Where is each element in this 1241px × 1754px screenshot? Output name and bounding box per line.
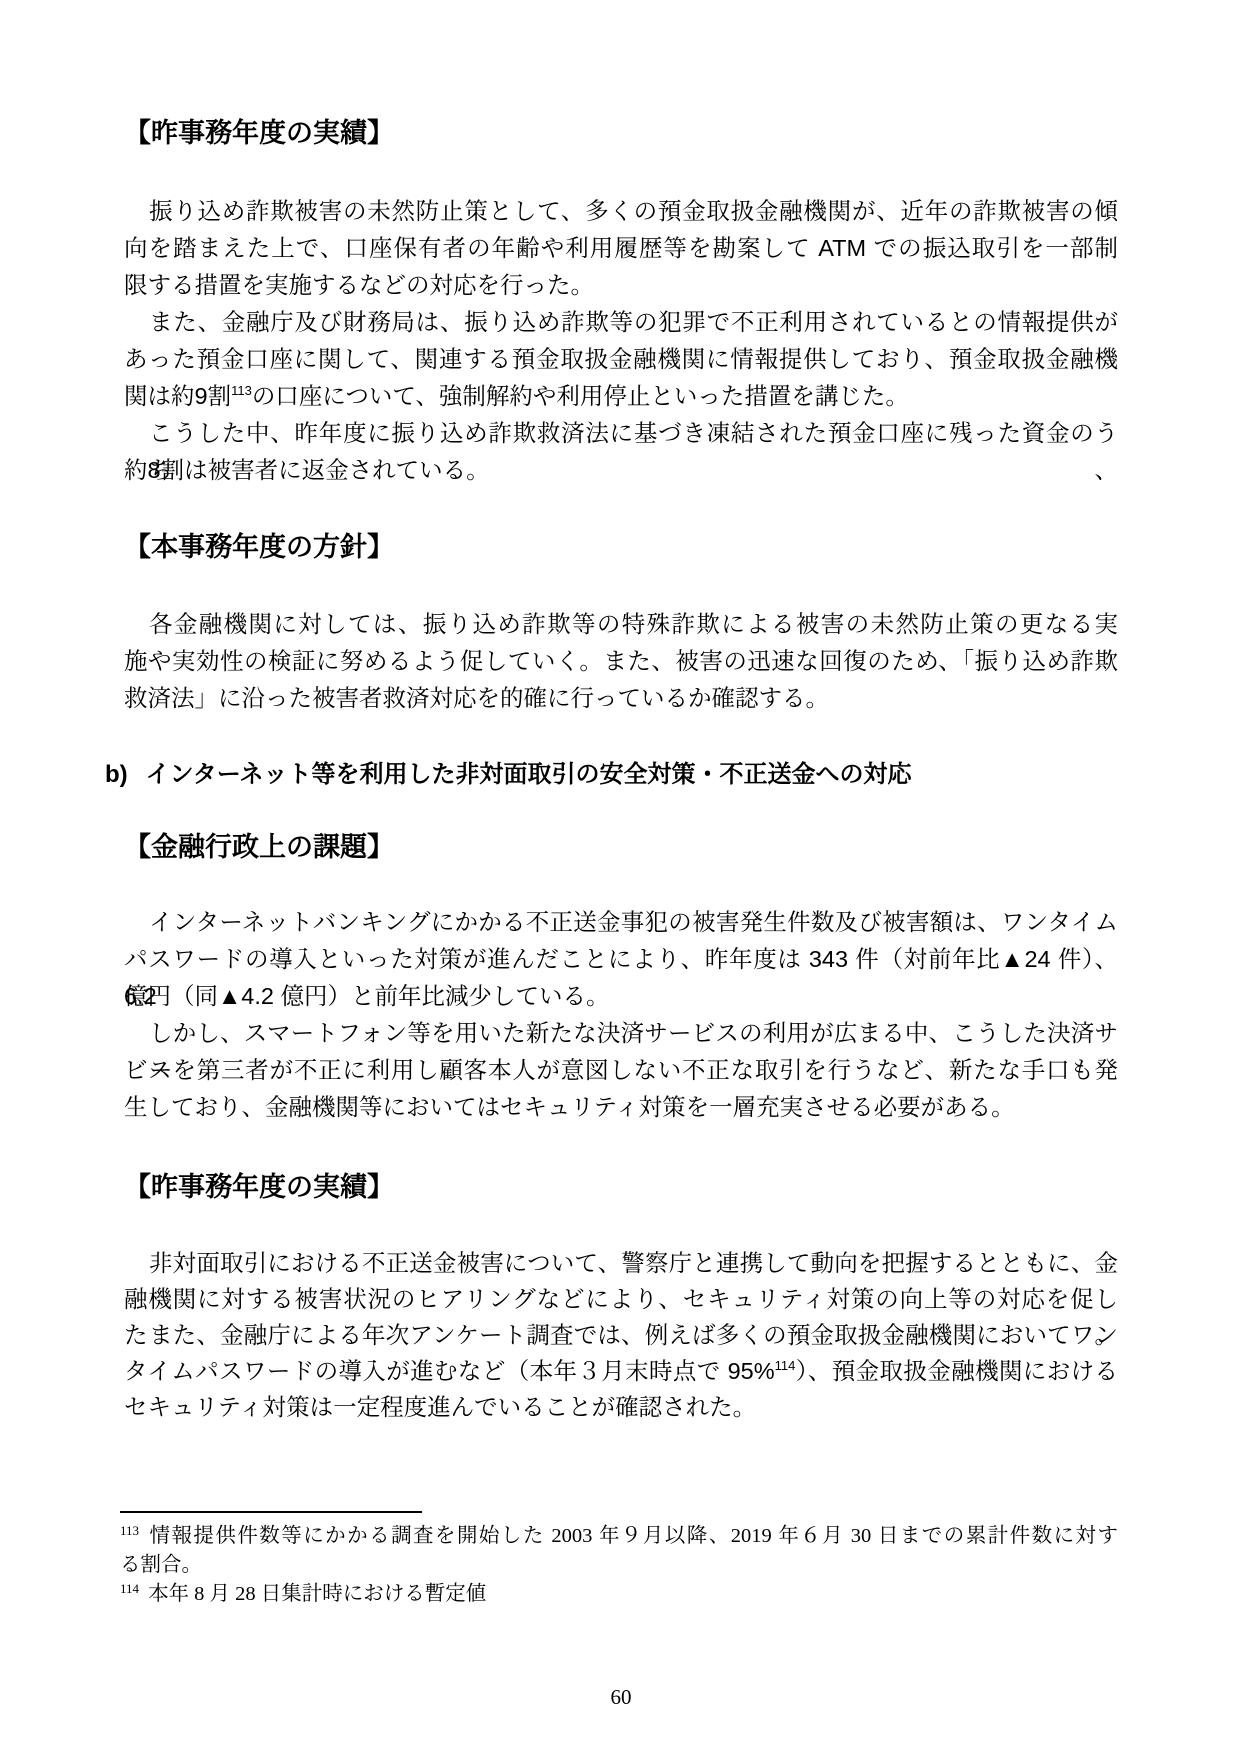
text-line: こうした中、昨年度に振り込め詐欺救済法に基づき凍結された預金口座に残った資金のう… [124,415,1118,452]
paragraph-block-policy: 各金融機関に対しては、振り込め詐欺等の特殊詐欺による被害の未然防止策の更なる実 … [124,606,1118,717]
text-line: 限する措置を実施するなどの対応を行った。 [124,267,1118,304]
text-line: インターネットバンキングにかかる不正送金事犯の被害発生件数及び被害額は、ワンタイ… [124,904,1118,941]
footnote-113-line-1: 113情報提供件数等にかかる調査を開始した 2003 年９月以降、2019 年６… [120,1522,1118,1551]
document-content: 【昨事務年度の実績】 振り込め詐欺被害の未然防止策として、多くの預金取扱金融機関… [124,0,1118,1754]
heading-last-year-results-1: 【昨事務年度の実績】 [124,113,1118,153]
text-segment: 関は約9割 [124,383,231,409]
item-b-title: インターネット等を利用した非対面取引の安全対策・不正送金への対応 [146,761,912,788]
text-line: パスワードの導入といった対策が進んだことにより、昨年度は 343 件（対前年比▲… [124,941,1118,978]
footnote-marker-114: 114 [120,1581,139,1596]
text-segment: の口座について、強制解約や利用停止といった措置を講じた。 [252,383,909,409]
heading-last-year-results-2: 【昨事務年度の実績】 [124,1167,1118,1207]
page: 【昨事務年度の実績】 振り込め詐欺被害の未然防止策として、多くの預金取扱金融機関… [0,0,1241,1754]
text-line: 関は約9割113の口座について、強制解約や利用停止といった措置を講じた。 [124,378,1118,415]
footnote-separator [120,1511,422,1513]
footnote-text: 情報提供件数等にかかる調査を開始した 2003 年９月以降、2019 年６月 3… [148,1525,1118,1547]
text-line: また、金融庁及び財務局は、振り込め詐欺等の犯罪で不正利用されているとの情報提供が [124,304,1118,341]
footnotes: 113情報提供件数等にかかる調査を開始した 2003 年９月以降、2019 年６… [120,1522,1118,1609]
footnote-text: 本年 8 月 28 日集計時における暫定値 [148,1583,486,1605]
text-line: しかし、スマートフォン等を用いた新たな決済サービスの利用が広まる中、こうした決済… [124,1015,1118,1052]
footnote-ref-114: 114 [775,1358,796,1373]
text-segment: ）、預金取扱金融機関における [795,1358,1118,1384]
text-line: タイムパスワードの導入が進むなど（本年３月末時点で 95%114）、預金取扱金融… [124,1353,1118,1389]
text-line: ビスを第三者が不正に利用し顧客本人が意図しない不正な取引を行うなど、新たな手口も… [124,1052,1118,1089]
paragraph-block-results: 非対面取引における不正送金被害について、警察庁と連携して動向を把握するとともに、… [124,1245,1118,1425]
text-line: 振り込め詐欺被害の未然防止策として、多くの預金取扱金融機関が、近年の詐欺被害の傾 [124,193,1118,230]
footnote-113-line-2: る割合。 [120,1551,1118,1580]
heading-regulatory-issues: 【金融行政上の課題】 [124,827,1118,867]
heading-current-year-policy: 【本事務年度の方針】 [124,527,1118,567]
text-line: 救済法」に沿った被害者救済対応を的確に行っているか確認する。 [124,680,1118,717]
page-number: 60 [124,1682,1118,1712]
paragraph-block-fraud-prevention: 振り込め詐欺被害の未然防止策として、多くの預金取扱金融機関が、近年の詐欺被害の傾… [124,193,1118,489]
text-segment: タイムパスワードの導入が進むなど（本年３月末時点で 95% [124,1358,775,1384]
text-line: 生しており、金融機関等においてはセキュリティ対策を一層充実させる必要がある。 [124,1089,1118,1126]
footnote-ref-113: 113 [231,383,252,398]
text-line: あった預金口座に関して、関連する預金取扱金融機関に情報提供しており、預金取扱金融… [124,341,1118,378]
footnote-114-line-1: 114本年 8 月 28 日集計時における暫定値 [120,1580,1118,1609]
text-line: 各金融機関に対しては、振り込め詐欺等の特殊詐欺による被害の未然防止策の更なる実 [124,606,1118,643]
text-line: 億円（同▲4.2 億円）と前年比減少している。 [124,978,1118,1015]
heading-item-b: b)インターネット等を利用した非対面取引の安全対策・不正送金への対応 [105,755,1118,795]
item-b-label: b) [105,761,128,788]
text-line: 向を踏まえた上で、口座保有者の年齢や利用履歴等を勘案して ATM での振込取引を… [124,230,1118,267]
footnote-marker-113: 113 [120,1523,139,1538]
text-line: 施や実効性の検証に努めるよう促していく。また、被害の迅速な回復のため、「振り込め… [124,643,1118,680]
text-line: セキュリティ対策は一定程度進んでいることが確認された。 [124,1389,1118,1425]
text-line: 非対面取引における不正送金被害について、警察庁と連携して動向を把握するとともに、… [124,1245,1118,1281]
paragraph-block-issues: インターネットバンキングにかかる不正送金事犯の被害発生件数及び被害額は、ワンタイ… [124,904,1118,1126]
text-line: 融機関に対する被害状況のヒアリングなどにより、セキュリティ対策の向上等の対応を促… [124,1281,1118,1317]
text-line: また、金融庁による年次アンケート調査では、例えば多くの預金取扱金融機関においてワ… [124,1317,1118,1353]
